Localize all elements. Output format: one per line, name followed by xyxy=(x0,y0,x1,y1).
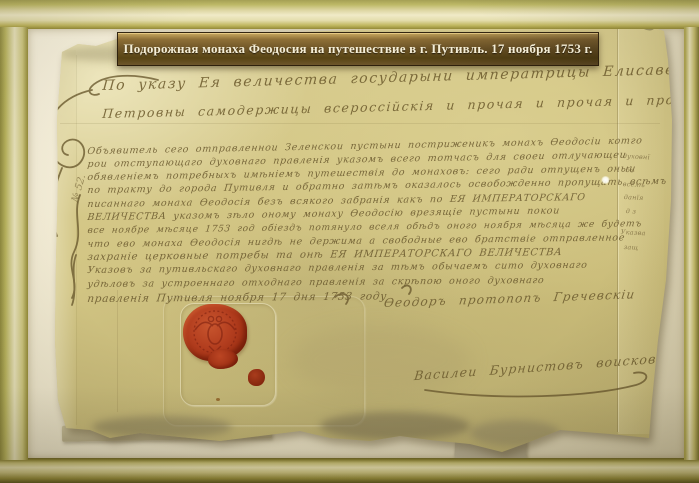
picture-frame-left xyxy=(0,27,28,460)
picture-frame-right xyxy=(684,27,699,460)
margin-note: д з xyxy=(626,207,637,216)
margin-note: данїя xyxy=(624,193,644,202)
stain-center-smudge xyxy=(290,325,470,395)
stain-bottom-right xyxy=(470,420,560,446)
brown-speck xyxy=(216,398,220,401)
crease-horizontal xyxy=(60,123,660,124)
stain-bottom-left xyxy=(92,416,232,438)
crease-vertical-edge xyxy=(76,55,77,425)
body-line: удѣловъ за устроеннаго отходнаго правлен… xyxy=(87,275,545,290)
museum-photo-of-document: По указу Ея величества государыни импера… xyxy=(0,0,699,483)
picture-frame-bottom xyxy=(0,458,699,483)
margin-note: вселѣ xyxy=(623,180,646,189)
plaque-text: Подорожная монаха Феодосия на путешестви… xyxy=(123,41,592,57)
left-fold-highlight xyxy=(52,50,76,430)
royal-title-line: По указу Ея величества государыни импера… xyxy=(102,61,699,94)
margin-note: Указва xyxy=(621,228,646,237)
margin-note: духовнї xyxy=(623,152,650,161)
royal-title-line: Петровны самодержицы всероссійскія и про… xyxy=(102,91,699,121)
wax-seal-small-drop xyxy=(248,369,265,386)
specular-highlight xyxy=(601,176,610,184)
crease-vertical-left xyxy=(117,290,118,412)
margin-note: бо xyxy=(626,166,635,174)
margin-note: защ xyxy=(624,243,639,252)
crease-vertical-right-light xyxy=(618,28,619,432)
stain-bottom-center xyxy=(320,412,470,440)
document-paper: По указу Ея величества государыни импера… xyxy=(0,0,699,483)
caption-plaque: Подорожная монаха Феодосия на путешестви… xyxy=(117,32,599,66)
picture-frame-top xyxy=(0,0,699,29)
protopope-signature: Ѳеодоръ протопопъ Гречевскіи xyxy=(383,287,636,310)
